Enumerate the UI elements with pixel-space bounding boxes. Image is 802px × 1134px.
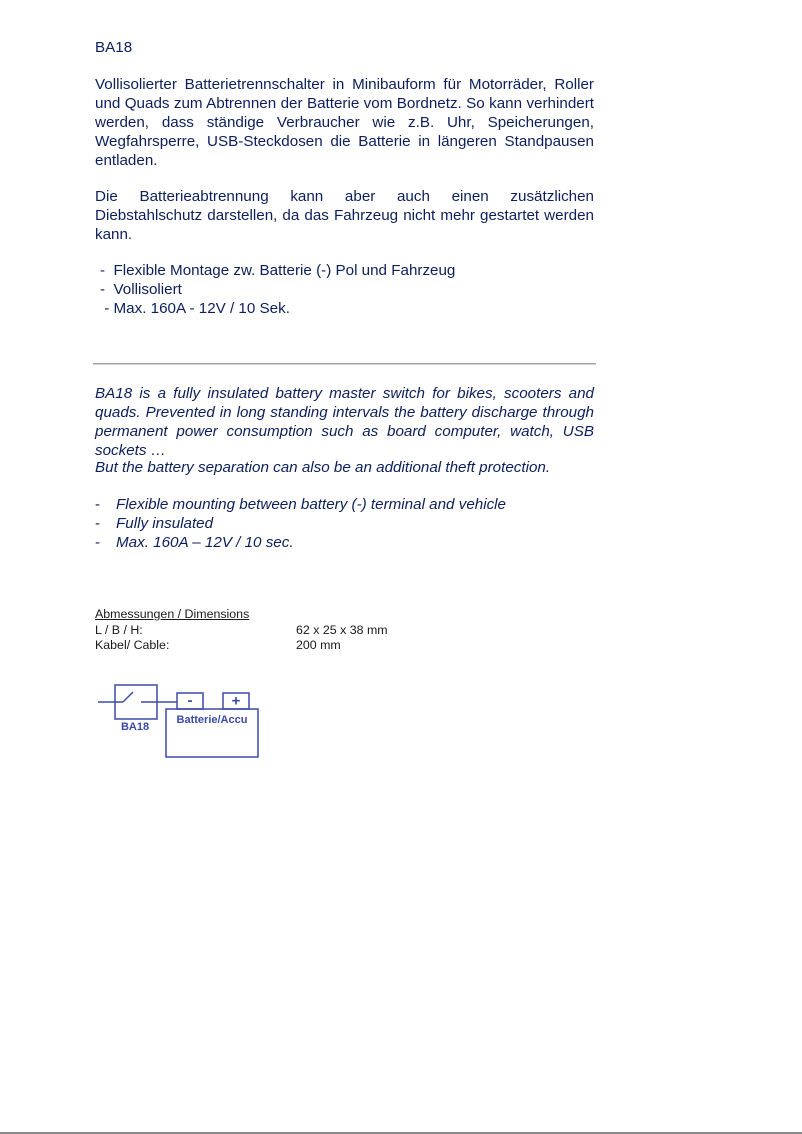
- german-feature-item: - Flexible Montage zw. Batterie (-) Pol …: [100, 261, 455, 280]
- dimension-row: L / B / H: 62 x 25 x 38 mm: [95, 623, 388, 639]
- german-feature-list: - Flexible Montage zw. Batterie (-) Pol …: [100, 261, 455, 318]
- dimension-label: L / B / H:: [95, 623, 296, 639]
- dimensions-section: Abmessungen / Dimensions L / B / H: 62 x…: [95, 607, 388, 654]
- english-feature-text: Fully insulated: [116, 514, 213, 533]
- dimension-label: Kabel/ Cable:: [95, 638, 296, 654]
- english-feature-text: Flexible mounting between battery (-) te…: [116, 495, 506, 514]
- switch-label: BA18: [121, 721, 149, 733]
- switch-lever: [123, 692, 133, 702]
- german-feature-item: - Max. 160A - 12V / 10 Sek.: [100, 299, 455, 318]
- dimensions-heading: Abmessungen / Dimensions: [95, 607, 388, 623]
- english-feature-item: - Fully insulated: [95, 514, 506, 533]
- document-page: BA18 Vollisolierter Batterietrennschalte…: [0, 0, 802, 1134]
- english-feature-item: - Max. 160A – 12V / 10 sec.: [95, 533, 506, 552]
- german-feature-item: - Vollisoliert: [100, 280, 455, 299]
- battery-label: Batterie/Accu: [177, 714, 248, 726]
- wiring-diagram-svg: - + BA18 Batterie/Accu: [95, 680, 265, 762]
- dimension-row: Kabel/ Cable: 200 mm: [95, 638, 388, 654]
- document-title: BA18: [95, 38, 594, 57]
- plus-terminal-label: +: [232, 693, 241, 710]
- english-paragraph: BA18 is a fully insulated battery master…: [95, 384, 594, 460]
- dimension-value: 62 x 25 x 38 mm: [296, 623, 388, 639]
- minus-terminal-label: -: [188, 692, 193, 709]
- dimension-value: 200 mm: [296, 638, 341, 654]
- bullet-dash: -: [95, 495, 116, 514]
- german-paragraph-1: Vollisolierter Batterietrennschalter in …: [95, 75, 594, 170]
- german-paragraph-2: Die Batterieabtrennung kann aber auch ei…: [95, 187, 594, 244]
- section-divider: [93, 363, 596, 365]
- english-feature-list: - Flexible mounting between battery (-) …: [95, 495, 506, 552]
- bullet-dash: -: [95, 514, 116, 533]
- bullet-dash: -: [95, 533, 116, 552]
- english-feature-text: Max. 160A – 12V / 10 sec.: [116, 533, 294, 552]
- english-feature-item: - Flexible mounting between battery (-) …: [95, 495, 506, 514]
- english-paragraph-2: But the battery separation can also be a…: [95, 458, 594, 477]
- wiring-diagram: - + BA18 Batterie/Accu: [95, 680, 265, 762]
